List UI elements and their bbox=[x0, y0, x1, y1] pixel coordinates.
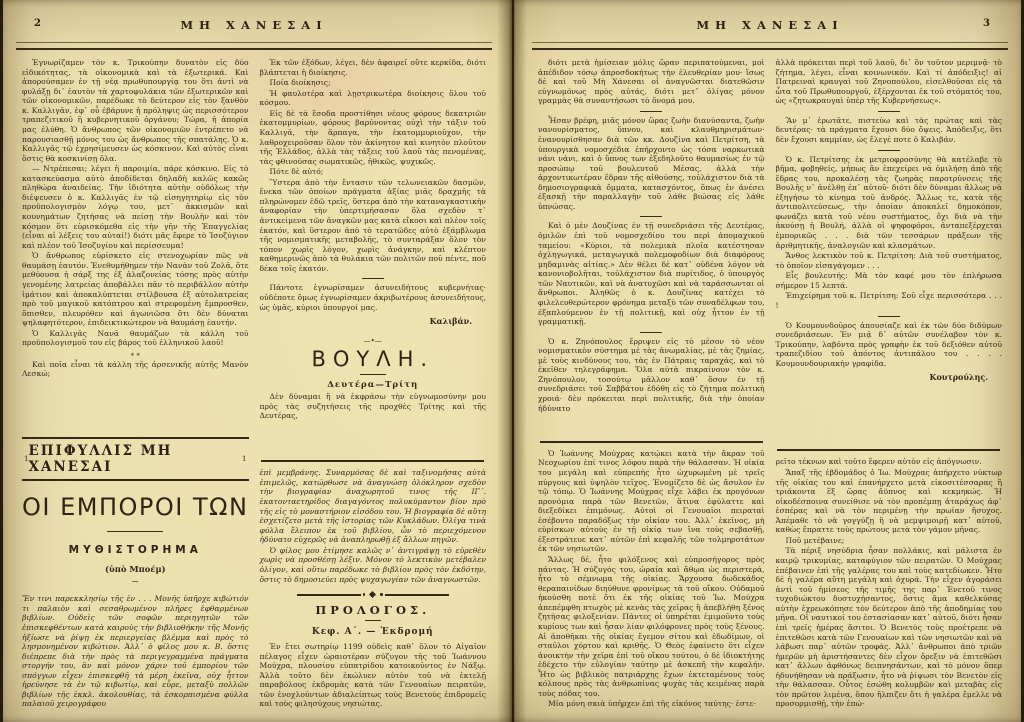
section-rule bbox=[261, 460, 484, 462]
column-rule bbox=[254, 60, 255, 706]
ornament-mark: —•— bbox=[259, 338, 486, 345]
prologue-ornament bbox=[259, 592, 486, 597]
book-fold-gutter bbox=[497, 0, 527, 722]
feuilleton-banner-title: ΕΠΙΦΥΛΛΙΣ ΜΗ ΧΑΝΕΣΑΙ bbox=[28, 443, 242, 475]
article-paragraph: Ἐγνωρίζαμεν τὸν κ. Τρικούπην δυνατὸν εἰς… bbox=[22, 58, 249, 163]
article-paragraph: Ἐπιχείρημα τοῦ κ. Πετρίτση: Σοῦ εἶχε περ… bbox=[775, 291, 1002, 310]
ornament-rule bbox=[365, 620, 381, 621]
article-paragraph: Πότε δὲ αὐτό; bbox=[259, 167, 486, 177]
left-page-header: 2 ΜΗ ΧΑΝΕΣΑΙ bbox=[12, 12, 496, 42]
section-rule bbox=[777, 449, 1000, 451]
article-paragraph: Ἦσαν βρέφη, μιᾶς μόνον ὥρας ζωὴν διανύσα… bbox=[538, 116, 765, 212]
right-page-header: ΜΗ ΧΑΝΕΣΑΙ 3 bbox=[528, 12, 1012, 42]
section-rule bbox=[540, 441, 763, 443]
article-paragraph: Πάντοτε ἐγνωρίσαμεν ἀσυνειδήτους κυβερνή… bbox=[259, 283, 486, 312]
article-paragraph: Ποία διοίκησις; bbox=[259, 78, 486, 88]
author-signature: Καλιβάν. bbox=[259, 316, 486, 326]
article-paragraph: ἀλλὰ πρόκειται περὶ τοῦ λαοῦ, δι᾽ ὃν τοῦ… bbox=[775, 58, 1002, 106]
article-paragraph: Ὁ ἄνθρωπος εὑρίσκετο εἰς στενοχωρίαν πῶς… bbox=[22, 251, 249, 328]
serial-paragraph: Μία μόνη σκιὰ ὑπῆρχεν ἐπὶ τῆς εἰκόνος τα… bbox=[538, 699, 765, 709]
serial-paragraph: Ἐν ἔτει σωτηρίῳ 1199 οὐδεὶς καθ᾽ ὅλον τὸ… bbox=[259, 642, 486, 709]
article-paragraph: διότι μετὰ ἡμίσειαν μόλις ὥραν περιπατού… bbox=[538, 58, 765, 106]
vouli-subheading: Δευτέρα—Τρίτη bbox=[259, 380, 486, 390]
item-separator bbox=[878, 316, 900, 317]
article-paragraph: Εἷς βουλευτής: Μὰ τὸν καφέ μου τὸν ἐπλήρ… bbox=[775, 271, 1002, 290]
serial-continuation-block: ἐπὶ μεμβράνης. Συναρμόσας δὲ καὶ ταξινομ… bbox=[259, 454, 486, 710]
author-signature: Κουτρούλης. bbox=[775, 372, 1002, 382]
serial-paragraph: Ὁ φίλος μου ἐτίμησε καλῶς ν᾽ ἀντιγράψῃ τ… bbox=[259, 546, 486, 584]
chapter-heading: Κεφ. Α΄. — Ἐκδρομή bbox=[259, 627, 486, 637]
article-paragraph: Ὕστερα ἀπὸ τὴν ἔντασιν τῶν τελωνειακῶν δ… bbox=[259, 178, 486, 274]
item-separator bbox=[362, 278, 384, 279]
item-separator bbox=[640, 332, 662, 333]
article-paragraph: Ὁ κ. Ζηνόπουλος ἔρριψεν εἰς τὸ μέσον τὸ … bbox=[538, 337, 765, 414]
novel-byline: (ὑπὸ Μποέμ) bbox=[22, 564, 249, 574]
article-paragraph: Ὁ κ. Πετρίτσης ἐκ μετριοφροσύνης θὰ κατέ… bbox=[775, 155, 1002, 251]
item-separator bbox=[640, 111, 662, 112]
serial-paragraph: Ποῦ μετέβαινε; bbox=[775, 536, 1002, 546]
serial-continuation-block: Ὁ Ἰωάννης Μούχρας κατῴκει κατὰ τὴν ἄκραν… bbox=[538, 435, 765, 710]
article-paragraph: Ὁ Καλλιγᾶς Νανᾶ θαυμάζων τὰ κάλλη τοῦ πρ… bbox=[22, 329, 249, 348]
right-page-column-1: διότι μετὰ ἡμίσειαν μόλις ὥραν περιπατού… bbox=[534, 56, 769, 720]
article-paragraph: Δὲν δύναμαι ἢ νὰ ἐκφράσω τὴν εὐγνωμοσύνη… bbox=[259, 392, 486, 421]
serial-paragraph: Ἄλλως δέ, ἦτο φιλόξενος καὶ εὐπροσήγορος… bbox=[538, 555, 765, 698]
article-paragraph: Καὶ ὁ μὲν Δουζίνας ἐν τῇ συνεδριάσει τῆς… bbox=[538, 221, 765, 326]
article-paragraph: Ὁ Κουμουνδοῦρος ἀπουσίαζε καὶ ἐκ τῶν δύο… bbox=[775, 321, 1002, 369]
serial-paragraph: Ἔν τινι παρεκκλησίῳ τῆς ἐν . . . Μονῆς ὑ… bbox=[22, 594, 249, 709]
serial-paragraph: ρεῖτο τέκνων καὶ τοῦτο ἔφερεν αὐτὸν εἰς … bbox=[775, 457, 1002, 467]
right-page: ΜΗ ΧΑΝΕΣΑΙ 3 διότι μετὰ ἡμίσειαν μόλις ὥ… bbox=[528, 0, 1012, 722]
serial-paragraph: Ὁ Ἰωάννης Μούχρας κατῴκει κατὰ τὴν ἄκραν… bbox=[538, 449, 765, 554]
vouli-heading-block: —•— ΒΟΥΛΗ. Δευτέρα—Τρίτη bbox=[259, 338, 486, 392]
article-paragraph: Εἰς δὲ τὰ ἔσοδα προστίθησι νέους φόρους … bbox=[259, 109, 486, 166]
header-rule bbox=[16, 42, 492, 50]
ornament-rule bbox=[360, 374, 386, 375]
asterisk-separator: ⁎ ⁎ bbox=[124, 351, 146, 358]
header-rule bbox=[532, 42, 1008, 50]
prologue-heading: ΠΡΟΛΟΓΟΣ. bbox=[259, 603, 486, 617]
page-number: 3 bbox=[983, 18, 990, 29]
item-separator bbox=[878, 150, 900, 151]
left-page-columns: Ἐγνωρίζαμεν τὸν κ. Τρικούπην δυνατὸν εἰς… bbox=[12, 56, 496, 720]
serial-paragraph: Τὰ πέριξ νησύδρια ἦσαν πολλάκις, καὶ μάλ… bbox=[775, 546, 1002, 709]
article-paragraph: Καὶ ποῖα εἶναι τὰ κάλλη τῆς ἀρσενικῆς αὐ… bbox=[22, 360, 249, 379]
ornament-mark: ⁓ bbox=[22, 578, 249, 586]
serial-paragraph: ἐπὶ μεμβράνης. Συναρμόσας δὲ καὶ ταξινομ… bbox=[259, 468, 486, 545]
feuilleton-banner: 1 ΕΠΙΦΥΛΛΙΣ ΜΗ ΧΑΝΕΣΑΙ 1 bbox=[22, 437, 249, 481]
ornament-rule bbox=[107, 531, 163, 532]
article-paragraph: Ἄνθος λεκτικὸν τοῦ κ. Πετρίτση: Διὰ τοῦ … bbox=[775, 251, 1002, 270]
column-rule bbox=[770, 60, 771, 706]
right-page-columns: διότι μετὰ ἡμίσειαν μόλις ὥραν περιπατού… bbox=[528, 56, 1012, 720]
serial-paragraph: Ἅπαξ τῆς ἑβδομάδος ὁ Ἰω. Μούχρας ἀπήρχετ… bbox=[775, 468, 1002, 535]
left-page-column-2: Ἐκ τῶν ἐξόδων, λέγει, δὲν ἀφαιρεῖ οὔτε κ… bbox=[255, 56, 490, 720]
masthead: ΜΗ ΧΑΝΕΣΑΙ bbox=[528, 18, 1012, 32]
article-paragraph: Ἂν μ᾽ ἐρωτᾶτε, πιστεύω καὶ τὰς πρώτας κα… bbox=[775, 116, 1002, 145]
article-paragraph: Ἡ φαυλοτέρα καὶ λῃστρικωτέρα διοίκησις ὅ… bbox=[259, 89, 486, 108]
right-page-column-2: ἀλλὰ πρόκειται περὶ τοῦ λαοῦ, δι᾽ ὃν τοῦ… bbox=[771, 56, 1006, 720]
left-page: 2 ΜΗ ΧΑΝΕΣΑΙ Ἐγνωρίζαμεν τὸν κ. Τρικούπη… bbox=[12, 0, 496, 722]
vouli-heading: ΒΟΥΛΗ. bbox=[259, 347, 486, 371]
item-separator bbox=[878, 111, 900, 112]
novel-title: ΟΙ ΕΜΠΟΡΟΙ ΤΩΝ ΕΘΝΩΝ bbox=[22, 493, 249, 521]
left-page-column-1: Ἐγνωρίζαμεν τὸν κ. Τρικούπην δυνατὸν εἰς… bbox=[18, 56, 253, 720]
article-paragraph: — Ντρέπεσαι; λέγει ἡ παροιμία, πάρε κόσκ… bbox=[22, 164, 249, 250]
scan-edge-left bbox=[0, 0, 3, 722]
feuilleton-block: 1 ΕΠΙΦΥΛΛΙΣ ΜΗ ΧΑΝΕΣΑΙ 1 ΟΙ ΕΜΠΟΡΟΙ ΤΩΝ … bbox=[22, 427, 249, 710]
item-separator bbox=[640, 216, 662, 217]
feuilleton-number: 1 bbox=[242, 455, 246, 463]
novel-subtitle: ΜΥΘΙΣΤΟΡΗΜΑ bbox=[22, 544, 249, 556]
article-paragraph: Ἐκ τῶν ἐξόδων, λέγει, δὲν ἀφαιρεῖ οὔτε κ… bbox=[259, 58, 486, 77]
newspaper-spread-scan: 2 ΜΗ ΧΑΝΕΣΑΙ Ἐγνωρίζαμεν τὸν κ. Τρικούπη… bbox=[0, 0, 1024, 722]
masthead: ΜΗ ΧΑΝΕΣΑΙ bbox=[12, 18, 496, 32]
serial-continuation-block: ρεῖτο τέκνων καὶ τοῦτο ἔφερεν αὐτὸν εἰς … bbox=[775, 443, 1002, 710]
